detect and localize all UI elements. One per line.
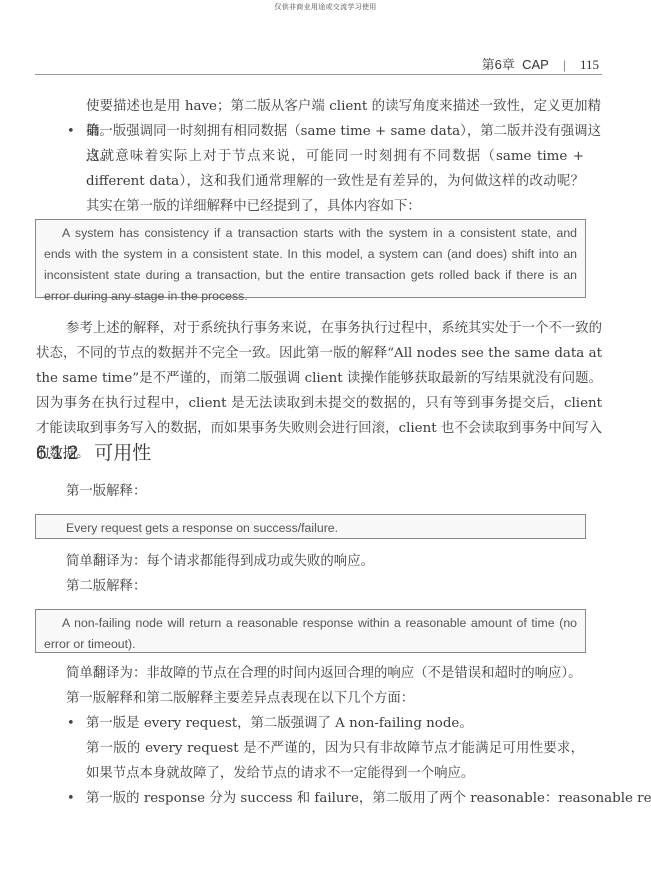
header-rule	[35, 74, 602, 75]
header-separator: |	[563, 58, 566, 72]
bullet-every-request-detail: 第一版的 every request 是不严谨的，因为只有非故障节点才能满足可用…	[86, 736, 584, 786]
bullet-icon: •	[67, 711, 75, 736]
translation-version-two: 简单翻译为：非故障的节点在合理的时间内返回合理的响应（不是错误和超时的响应）。	[66, 661, 606, 686]
bullet-every-request: 第一版是 every request，第二版强调了 A non-failing …	[86, 711, 601, 736]
quote-availability-v1: Every request gets a response on success…	[35, 514, 586, 539]
bullet-consistency-detail: 这就意味着实际上对于节点来说，可能同一时刻拥有不同数据（same time + …	[86, 144, 584, 219]
label-version-one: 第一版解释：	[66, 479, 586, 504]
section-number: 6.1.2	[36, 443, 78, 464]
label-version-two: 第二版解释：	[66, 574, 586, 599]
quote-availability-v1-text: Every request gets a response on success…	[66, 518, 577, 539]
bullet-response-types: 第一版的 response 分为 success 和 failure，第二版用了…	[86, 786, 606, 811]
section-heading: 6.1.2可用性	[36, 438, 151, 465]
chapter-number: 第6章	[482, 57, 515, 72]
page-number: 115	[580, 57, 599, 73]
chapter-title: CAP	[522, 57, 549, 72]
quote-availability-v2-text: A non-failing node will return a reasona…	[44, 613, 577, 655]
watermark: 仅供非商业用途或交流学习使用	[0, 2, 651, 12]
differences-intro: 第一版解释和第二版解释主要差异点表现在以下几个方面：	[66, 686, 606, 711]
quote-availability-v2: A non-failing node will return a reasona…	[35, 609, 586, 653]
quote-consistency: A system has consistency if a transactio…	[35, 219, 586, 298]
running-head: 第6章 CAP | 115	[0, 54, 599, 73]
quote-consistency-text: A system has consistency if a transactio…	[44, 223, 577, 307]
translation-version-one: 简单翻译为：每个请求都能得到成功或失败的响应。	[66, 549, 586, 574]
section-title: 可用性	[94, 443, 151, 464]
chapter-label: 第6章 CAP	[482, 54, 549, 73]
bullet-icon: •	[67, 119, 75, 144]
bullet-icon: •	[67, 786, 75, 811]
